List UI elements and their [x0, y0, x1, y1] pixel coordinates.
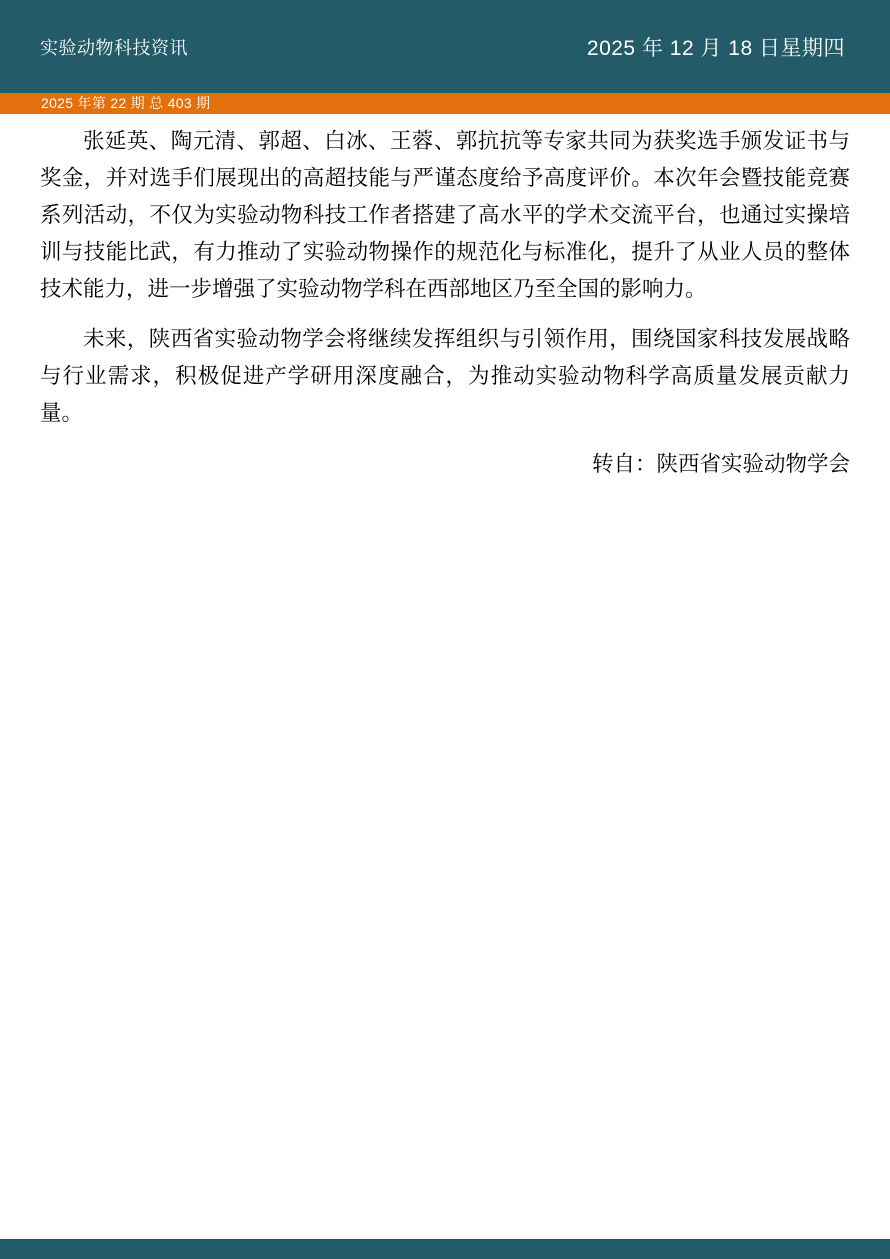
attribution-line: 转自：陕西省实验动物学会 — [40, 446, 850, 483]
header-date: 2025 年 12 月 18 日星期四 — [587, 32, 845, 62]
issue-number-label: 2025 年第 22 期 总 403 期 — [41, 95, 210, 111]
footer-bar — [0, 1239, 890, 1259]
article-paragraph: 张延英、陶元清、郭超、白冰、王蓉、郭抗抗等专家共同为获奖选手颁发证书与奖金，并对… — [40, 123, 850, 308]
article-paragraph: 未来，陕西省实验动物学会将继续发挥组织与引领作用，围绕国家科技发展战略与行业需求… — [40, 321, 850, 432]
newsletter-page: 实验动物科技资讯 2025 年 12 月 18 日星期四 2025 年第 22 … — [0, 0, 890, 1259]
issue-bar: 2025 年第 22 期 总 403 期 — [0, 93, 890, 114]
header-bar: 实验动物科技资讯 2025 年 12 月 18 日星期四 — [0, 0, 890, 93]
newsletter-title: 实验动物科技资讯 — [40, 34, 188, 60]
article-body: 张延英、陶元清、郭超、白冰、王蓉、郭抗抗等专家共同为获奖选手颁发证书与奖金，并对… — [0, 114, 890, 483]
